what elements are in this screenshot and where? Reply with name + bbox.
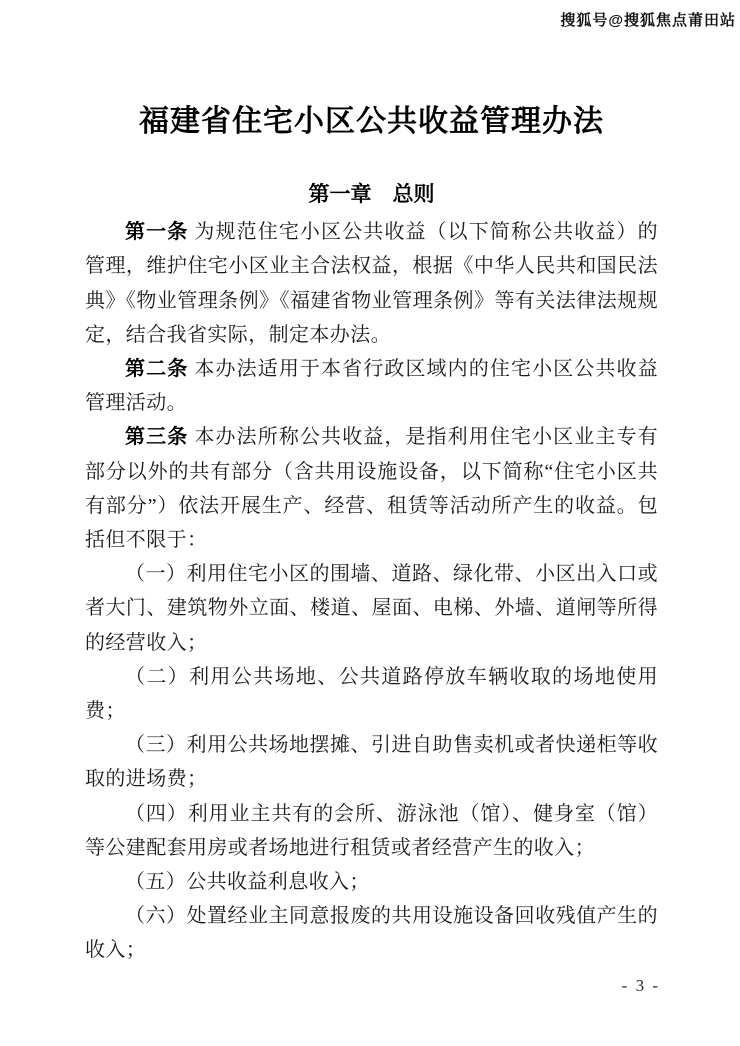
document-page: 搜狐号@搜狐焦点莆田站 福建省住宅小区公共收益管理办法 第一章 总则 第一条 为… <box>0 0 740 1046</box>
paragraph: （五）公共收益利息收入； <box>85 865 658 899</box>
chapter-heading: 第一章 总则 <box>85 182 658 207</box>
document-body: 第一条 为规范住宅小区公共收益（以下简称公共收益）的管理，维护住宅小区业主合法权… <box>85 215 658 967</box>
article-label: 第三条 <box>125 426 188 448</box>
watermark-text: 搜狐号@搜狐焦点莆田站 <box>560 9 736 30</box>
paragraph: （一）利用住宅小区的围墙、道路、绿化带、小区出入口或者大门、建筑物外立面、楼道、… <box>85 557 658 660</box>
paragraph: （二）利用公共场地、公共道路停放车辆收取的场地使用费； <box>85 660 658 728</box>
paragraph: （三）利用公共场地摆摊、引进自助售卖机或者快递柜等收取的进场费； <box>85 728 658 796</box>
article-label: 第二条 <box>125 358 188 380</box>
article-label: 第一条 <box>125 221 188 243</box>
document-title: 福建省住宅小区公共收益管理办法 <box>85 104 658 140</box>
paragraph: 第一条 为规范住宅小区公共收益（以下简称公共收益）的管理，维护住宅小区业主合法权… <box>85 215 658 352</box>
paragraph: 第二条 本办法适用于本省行政区域内的住宅小区公共收益管理活动。 <box>85 352 658 420</box>
paragraph: （六）处置经业主同意报废的共用设施设备回收残值产生的收入； <box>85 899 658 967</box>
paragraph: 第三条 本办法所称公共收益，是指利用住宅小区业主专有部分以外的共有部分（含共用设… <box>85 420 658 557</box>
page-number: - 3 - <box>622 976 660 996</box>
paragraph: （四）利用业主共有的会所、游泳池（馆）、健身室（馆）等公建配套用房或者场地进行租… <box>85 797 658 865</box>
